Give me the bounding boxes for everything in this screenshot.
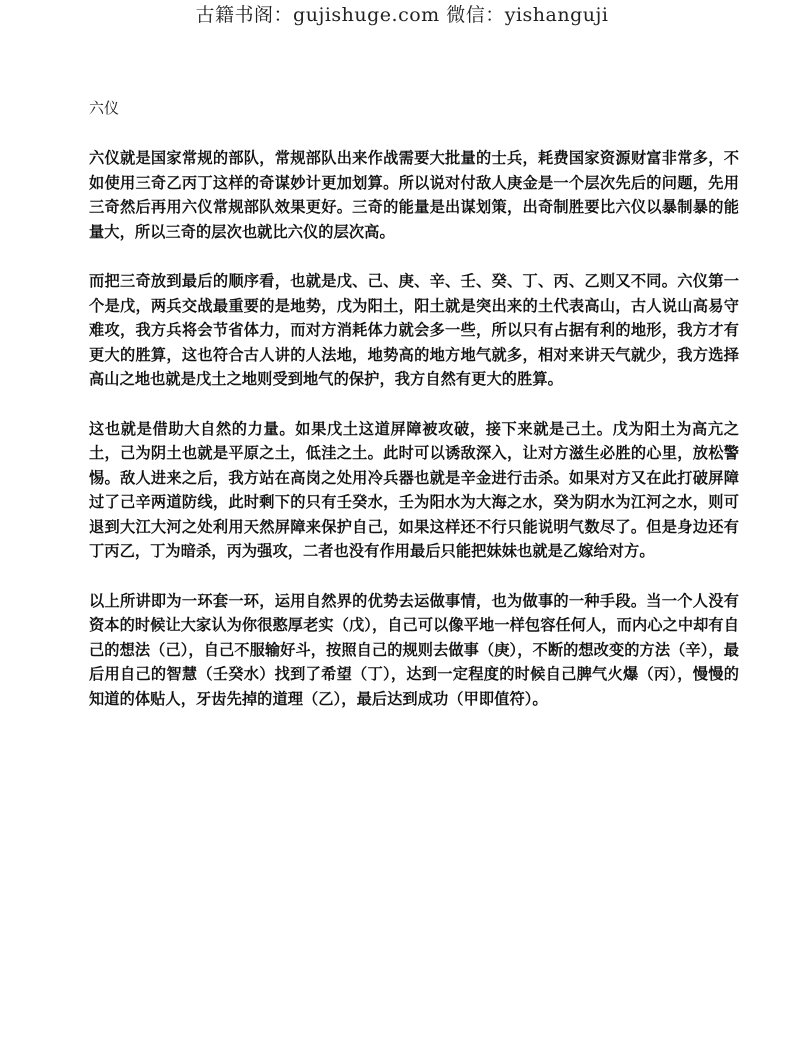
- paragraph-1: 六仪就是国家常规的部队，常规部队出来作战需要大批量的士兵，耗费国家资源财富非常多…: [89, 146, 739, 244]
- section-title: 六仪: [89, 97, 739, 119]
- paragraph-2: 而把三奇放到最后的顺序看，也就是戊、己、庚、辛、壬、癸、丁、丙、乙则又不同。六仪…: [89, 269, 739, 392]
- paragraph-4: 以上所讲即为一环套一环，运用自然界的优势去运做事情，也为做事的一种手段。当一个人…: [89, 589, 739, 712]
- document-page: 六仪 六仪就是国家常规的部队，常规部队出来作战需要大批量的士兵，耗费国家资源财富…: [89, 97, 739, 736]
- paragraph-3: 这也就是借助大自然的力量。如果戊土这道屏障被攻破，接下来就是己土。戊为阳土为高亢…: [89, 417, 739, 564]
- watermark-header: 古籍书阁：gujishuge.com 微信：yishanguji: [0, 2, 804, 28]
